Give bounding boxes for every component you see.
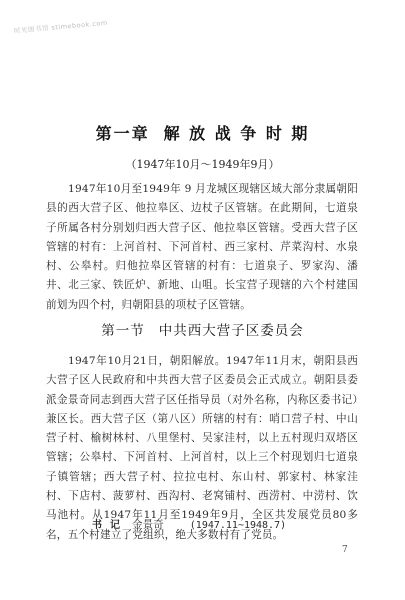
chapter-title: 第一章解 放 战 争 时 期 (0, 121, 405, 144)
secretary-entry: 书记金景奇(1947.11~1948.7) (92, 516, 286, 532)
secretary-name: 金景奇 (132, 519, 164, 531)
section-number: 第一节 (101, 323, 145, 339)
chapter-name: 解 放 战 争 时 期 (164, 124, 310, 143)
intro-paragraph-text: 1947年10月至1949年 9 月龙城区现辖区域大部分隶属朝阳县的西大营子区、… (46, 183, 358, 311)
secretary-term: (1947.11~1948.7) (190, 520, 286, 531)
watermark: 时光图书馆 stimebook.com (14, 18, 108, 35)
section-name: 中共西大营子区委员会 (159, 323, 304, 339)
page-number: 7 (342, 545, 348, 555)
intro-paragraph: 1947年10月至1949年 9 月龙城区现辖区域大部分隶属朝阳县的西大营子区、… (46, 180, 358, 315)
section-paragraph-text: 1947年10月21日，朝阳解放。1947年11月末，朝阳县西大营子区人民政府和… (46, 355, 358, 541)
section-title: 第一节中共西大营子区委员会 (0, 319, 405, 339)
chapter-number: 第一章 (96, 124, 150, 143)
secretary-role: 书记 (92, 520, 128, 531)
chapter-date-range: （1947年10月～1949年9月） (0, 156, 405, 172)
